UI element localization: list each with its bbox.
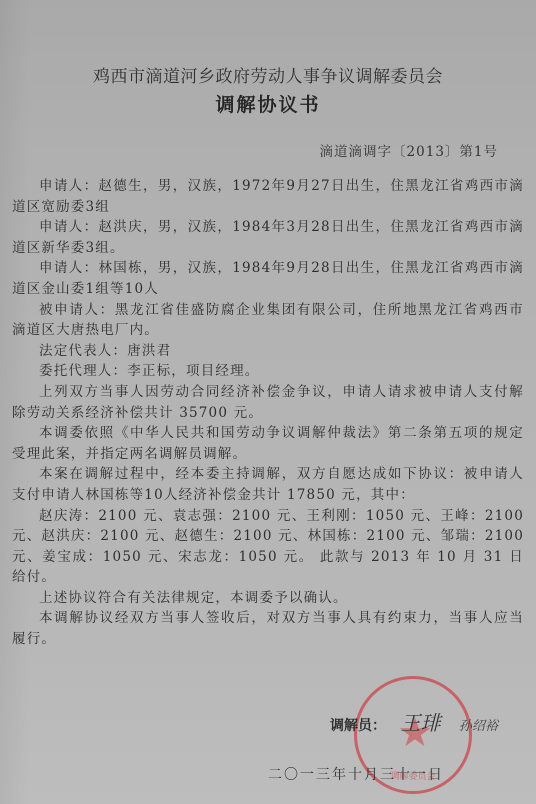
mediator-signature-1: 王琲	[400, 711, 440, 735]
document-title: 调解协议书	[0, 90, 536, 117]
respondent: 被申请人：黑龙江省佳盛防腐企业集团有限公司，住所地黑龙江省鸡西市滴道区大唐热电厂…	[12, 300, 524, 341]
legal-representative: 法定代表人：唐洪君	[12, 341, 524, 362]
document-page: 鸡西市滴道河乡政府劳动人事争议调解委员会 调解协议书 滴道滴调字〔2013〕第1…	[0, 0, 536, 804]
applicant-3: 申请人：林国栋，男，汉族，1984年9月28日出生，住黑龙江省鸡西市滴道区金山委…	[12, 258, 524, 299]
compensation-breakdown: 赵庆涛：2100 元、袁志强：2100 元、王利刚：1050 元、王峰：2100…	[12, 506, 524, 588]
mediator-signature-2: 孙绍裕	[459, 719, 498, 734]
applicant-2: 申请人：赵洪庆，男，汉族，1984年3月28日出生，住黑龙江省鸡西市滴道区新华委…	[12, 217, 524, 258]
dispute-claim: 上列双方当事人因劳动合同经济补偿金争议，申请人请求被申请人支付解除劳动关系经济补…	[12, 382, 524, 423]
mediator-label: 调解员：	[330, 718, 386, 734]
document-body: 申请人：赵德生，男，汉族，1972年9月27日出生，住黑龙江省鸡西市滴道区宽励委…	[12, 176, 524, 650]
agreement-terms: 本案在调解过程中，经本委主持调解，双方自愿达成如下协议：被申请人支付申请人林国栋…	[12, 464, 524, 505]
document-number: 滴道滴调字〔2013〕第1号	[320, 140, 498, 160]
legal-basis: 本调委依照《中华人民共和国劳动争议调解仲裁法》第二条第五项的规定受理此案，并指定…	[12, 423, 524, 464]
confirmation-clause: 上述协议符合有关法律规定，本调委予以确认。	[12, 588, 524, 609]
organization-title: 鸡西市滴道河乡政府劳动人事争议调解委员会	[0, 62, 536, 87]
binding-clause: 本调解协议经双方当事人签收后，对双方当事人具有约束力，当事人应当履行。	[12, 608, 524, 649]
authorized-agent: 委托代理人：李正标，项目经理。	[12, 361, 524, 382]
applicant-1: 申请人：赵德生，男，汉族，1972年9月27日出生，住黑龙江省鸡西市滴道区宽励委…	[12, 176, 524, 217]
document-date: 二〇一三年十月三十一日	[268, 764, 444, 784]
signature-row: 调解员： 王琲 孙绍裕	[330, 707, 498, 736]
